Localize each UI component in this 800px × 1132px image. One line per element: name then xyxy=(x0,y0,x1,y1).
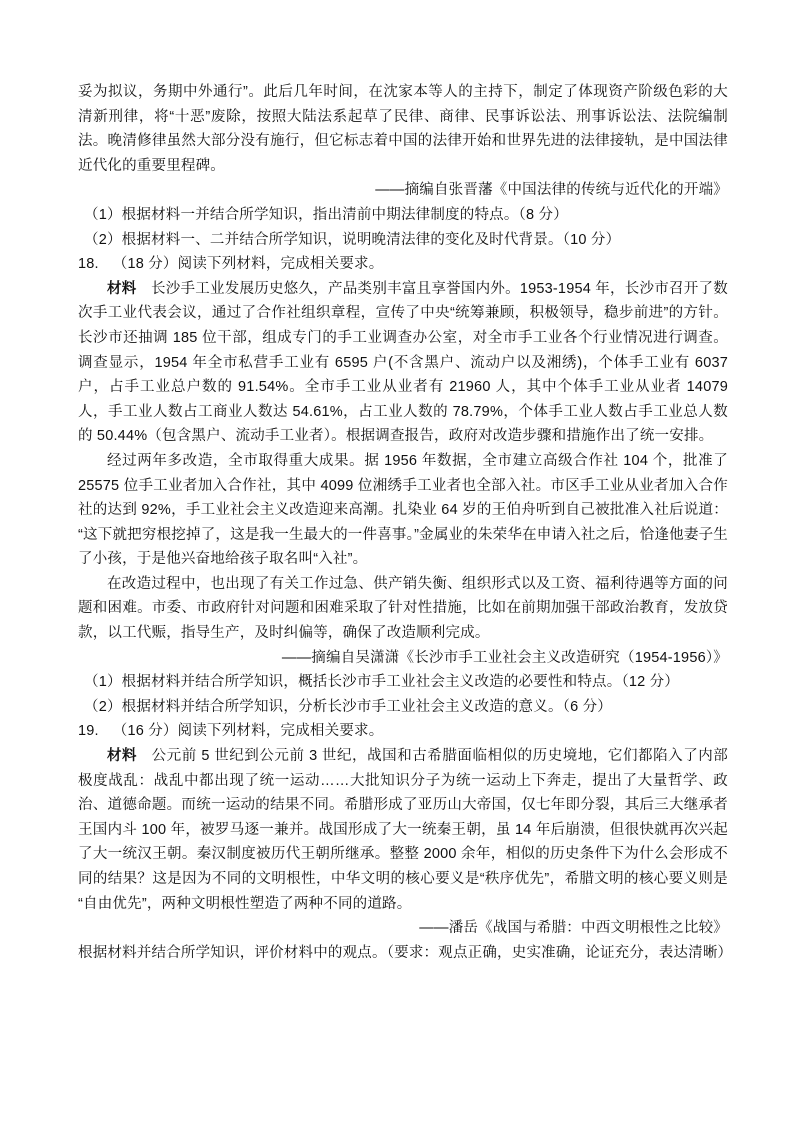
q19-attribution: ——潘岳《战国与希腊：中西文明根性之比较》 xyxy=(78,916,728,941)
q19-number: 19. xyxy=(78,719,99,744)
q18-attribution: ——摘编自吴潇潇《长沙市手工业社会主义改造研究（1954-1956）》 xyxy=(78,646,728,671)
q19-material-paragraph-1: 材料公元前 5 世纪到公元前 3 世纪，战国和古希腊面临相似的历史境地，它们都陷… xyxy=(78,744,728,916)
q18-subquestion-2: （2）根据材料并结合所学知识，分析长沙市手工业社会主义改造的意义。（6 分） xyxy=(78,695,728,720)
q18-paragraph-1-text: 长沙手工业发展历史悠久，产品类别丰富且享誉国内外。1953-1954 年，长沙市… xyxy=(78,281,728,445)
q19-header: 19.（16 分）阅读下列材料，完成相关要求。 xyxy=(78,719,728,744)
q19-material-label: 材料 xyxy=(107,748,137,764)
q18-material-paragraph-1: 材料长沙手工业发展历史悠久，产品类别丰富且享誉国内外。1953-1954 年，长… xyxy=(78,277,728,449)
q18-subquestion-1: （1）根据材料并结合所学知识，概括长沙市手工业社会主义改造的必要性和特点。（12… xyxy=(78,670,728,695)
q19-intro: （16 分）阅读下列材料，完成相关要求。 xyxy=(113,723,384,739)
q17-subquestion-2: （2）根据材料一、二并结合所学知识，说明晚清法律的变化及时代背景。（10 分） xyxy=(78,228,728,253)
q18-material-paragraph-3: 在改造过程中，也出现了有关工作过急、供产销失衡、组织形式以及工资、福利待遇等方面… xyxy=(78,572,728,646)
q18-material-label: 材料 xyxy=(107,281,137,297)
q18-material-paragraph-2: 经过两年多改造，全市取得重大成果。据 1956 年数据，全市建立高级合作社 10… xyxy=(78,449,728,572)
q19-task: 根据材料并结合所学知识，评价材料中的观点。（要求：观点正确，史实准确，论证充分，… xyxy=(78,941,728,966)
q17-attribution: ——摘编自张晋藩《中国法律的传统与近代化的开端》 xyxy=(78,178,728,203)
q18-header: 18.（18 分）阅读下列材料，完成相关要求。 xyxy=(78,252,728,277)
q18-number: 18. xyxy=(78,252,99,277)
q17-subquestion-1: （1）根据材料一并结合所学知识，指出清前中期法律制度的特点。（8 分） xyxy=(78,203,728,228)
q17-material-continuation: 妥为拟议，务期中外通行”。此后几年时间，在沈家本等人的主持下，制定了体现资产阶级… xyxy=(78,80,728,178)
exam-page: 妥为拟议，务期中外通行”。此后几年时间，在沈家本等人的主持下，制定了体现资产阶级… xyxy=(0,0,800,1132)
q19-paragraph-1-text: 公元前 5 世纪到公元前 3 世纪，战国和古希腊面临相似的历史境地，它们都陷入了… xyxy=(78,748,728,912)
q18-intro: （18 分）阅读下列材料，完成相关要求。 xyxy=(113,256,384,272)
